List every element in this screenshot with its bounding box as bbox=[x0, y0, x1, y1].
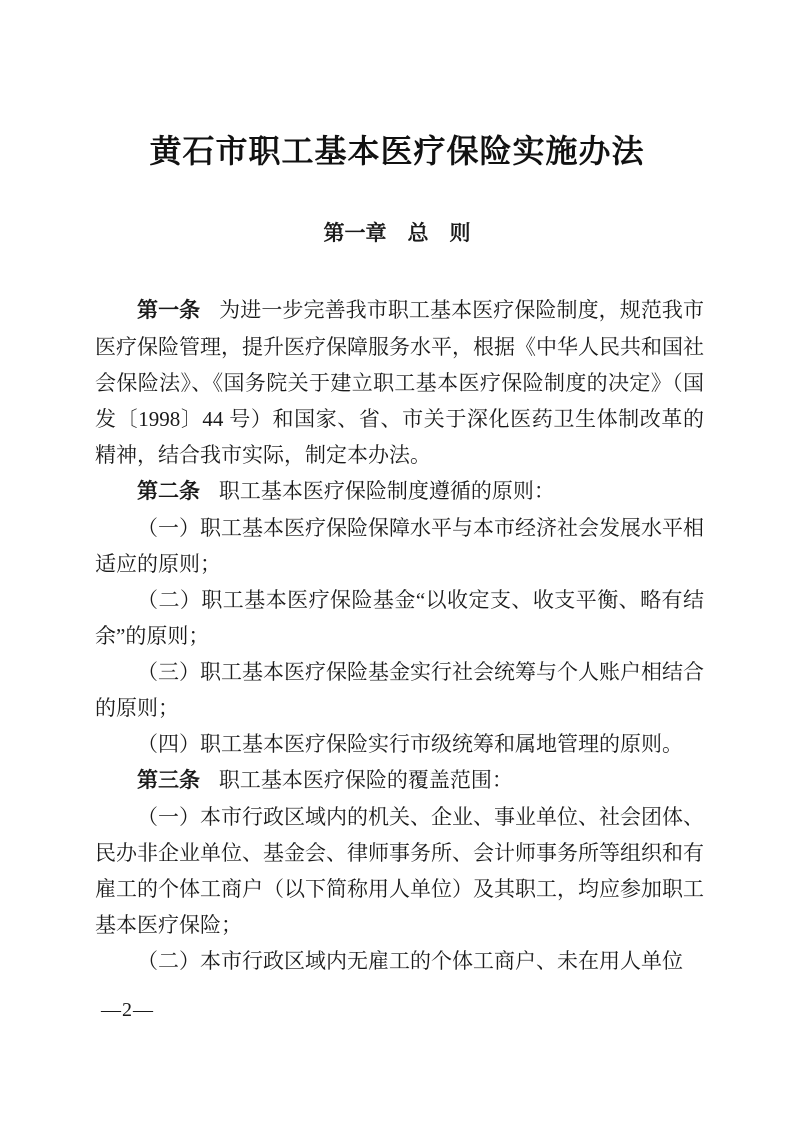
paragraph-text: （二）本市行政区域内无雇工的个体工商户、未在用人单位 bbox=[137, 949, 683, 973]
chapter-heading: 第一章 总 则 bbox=[0, 220, 794, 246]
paragraph-text: （一）职工基本医疗保险保障水平与本市经济社会发展水平相适应的原则； bbox=[95, 516, 704, 576]
paragraph-item: （二）本市行政区域内无雇工的个体工商户、未在用人单位 bbox=[95, 943, 704, 979]
page-number: —2— bbox=[101, 998, 154, 1022]
paragraph-text: （一）本市行政区域内的机关、企业、事业单位、社会团体、民办非企业单位、基金会、律… bbox=[95, 805, 704, 937]
paragraph-text: 为进一步完善我市职工基本医疗保险制度，规范我市医疗保险管理，提升医疗保障服务水平… bbox=[95, 298, 704, 467]
paragraph-text: （四）职工基本医疗保险实行市级统筹和属地管理的原则。 bbox=[137, 732, 683, 756]
article-label: 第二条 bbox=[137, 480, 200, 503]
article-label: 第三条 bbox=[137, 769, 200, 792]
document-title: 黄石市职工基本医疗保险实施办法 bbox=[0, 0, 794, 170]
paragraph-text: （二）职工基本医疗保险基金“以收定支、收支平衡、略有结余”的原则； bbox=[95, 588, 704, 648]
paragraph-item: （二）职工基本医疗保险基金“以收定支、收支平衡、略有结余”的原则； bbox=[95, 582, 704, 654]
paragraph-item: （一）职工基本医疗保险保障水平与本市经济社会发展水平相适应的原则； bbox=[95, 510, 704, 582]
paragraph-article-1: 第一条为进一步完善我市职工基本医疗保险制度，规范我市医疗保险管理，提升医疗保障服… bbox=[95, 292, 704, 473]
document-page: 黄石市职工基本医疗保险实施办法 第一章 总 则 第一条为进一步完善我市职工基本医… bbox=[0, 0, 794, 1123]
paragraph-article-3: 第三条职工基本医疗保险的覆盖范围： bbox=[95, 762, 704, 799]
paragraph-article-2: 第二条职工基本医疗保险制度遵循的原则： bbox=[95, 473, 704, 510]
paragraph-item: （四）职工基本医疗保险实行市级统筹和属地管理的原则。 bbox=[95, 726, 704, 762]
article-label: 第一条 bbox=[137, 299, 200, 322]
document-body: 第一条为进一步完善我市职工基本医疗保险制度，规范我市医疗保险管理，提升医疗保障服… bbox=[0, 292, 794, 979]
paragraph-item: （三）职工基本医疗保险基金实行社会统筹与个人账户相结合的原则； bbox=[95, 654, 704, 726]
paragraph-text: 职工基本医疗保险的覆盖范围： bbox=[219, 768, 513, 792]
paragraph-text: 职工基本医疗保险制度遵循的原则： bbox=[219, 479, 555, 503]
paragraph-item: （一）本市行政区域内的机关、企业、事业单位、社会团体、民办非企业单位、基金会、律… bbox=[95, 799, 704, 943]
paragraph-text: （三）职工基本医疗保险基金实行社会统筹与个人账户相结合的原则； bbox=[95, 660, 704, 720]
